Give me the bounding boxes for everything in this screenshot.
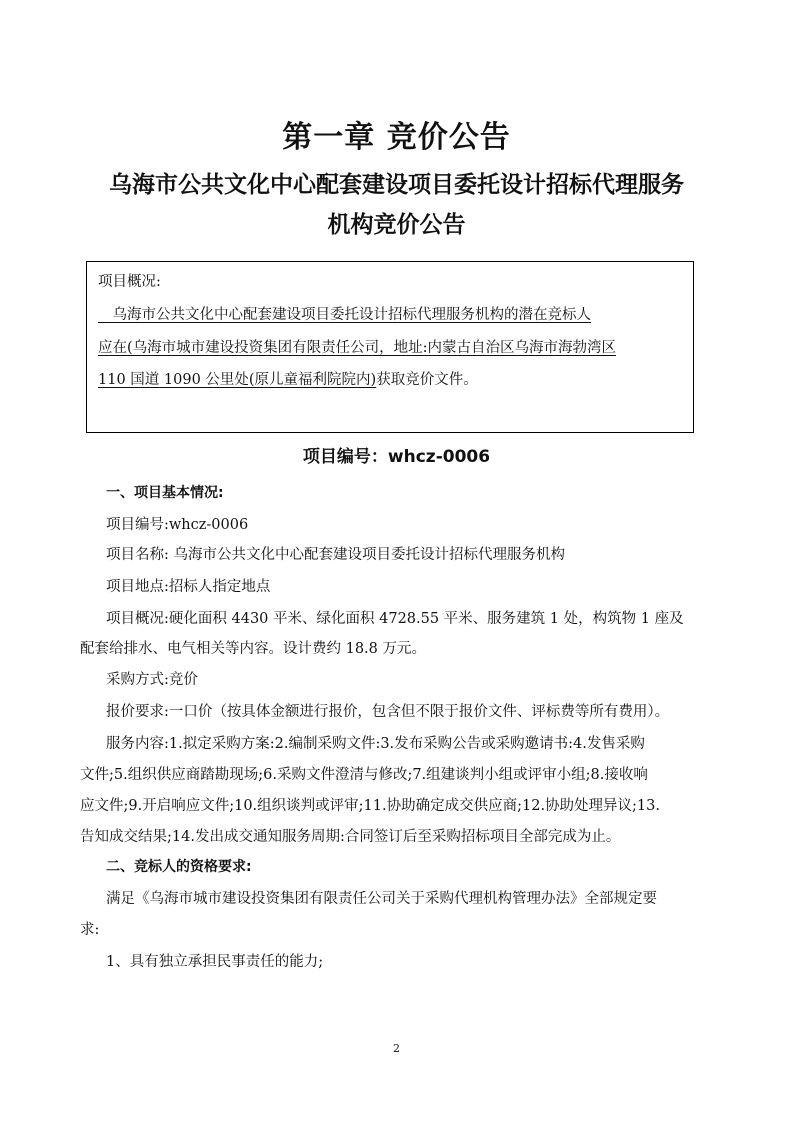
- overview-heading: 项目概况:: [98, 272, 161, 292]
- service-line-1: 服务内容:1.拟定采购方案:2.编制采购文件:3.发布采购公告或采购邀请书:4.…: [106, 734, 645, 754]
- subtitle-line-2: 机构竞价公告: [0, 206, 793, 239]
- project-overview-line-2: 配套给排水、电气相关等内容。设计费约 18.8 万元。: [80, 639, 426, 659]
- overview-line-3-rest: 获取竞价文件。: [376, 372, 478, 388]
- page-number: 2: [0, 1042, 793, 1055]
- chapter-title: 第一章 竞价公告: [0, 112, 793, 156]
- section2-heading: 二、竞标人的资格要求:: [106, 857, 252, 877]
- service-line-4: 告知成交结果;14.发出成交通知服务周期:合同签订后至采购招标项目全部完成为止。: [80, 827, 620, 847]
- qualification-line-2: 求:: [80, 920, 99, 940]
- section1-heading: 一、项目基本情况:: [106, 483, 224, 503]
- project-overview-line-1: 项目概况:硬化面积 4430 平米、绿化面积 4728.55 平米、服务建筑 1…: [106, 609, 684, 629]
- service-line-3: 应文件;9.开启响应文件;10.组织谈判或评审;11.协助确定成交供应商;12.…: [80, 796, 660, 816]
- overview-line-3: 110 国道 1090 公里处(原儿童福利院院内)获取竞价文件。: [98, 370, 478, 390]
- project-name: 项目名称: 乌海市公共文化中心配套建设项目委托设计招标代理服务机构: [106, 545, 565, 565]
- qualification-item-1: 1、具有独立承担民事责任的能力;: [106, 952, 323, 972]
- qualification-line-1: 满足《乌海市城市建设投资集团有限责任公司关于采购代理机构管理办法》全部规定要: [106, 889, 657, 909]
- project-number-heading: 项目编号：whcz-0006: [0, 442, 793, 467]
- overview-line-2: 应在(乌海市城市建设投资集团有限责任公司，地址:内蒙古自治区乌海市海勃湾区: [98, 338, 616, 358]
- project-no: 项目编号:whcz-0006: [106, 515, 248, 535]
- procurement-method: 采购方式:竞价: [106, 670, 198, 690]
- quote-requirement: 报价要求:一口价（按具体金额进行报价，包含但不限于报价文件、评标费等所有费用）。: [106, 702, 669, 722]
- service-line-2: 文件;5.组织供应商踏勘现场;6.采购文件澄清与修改;7.组建谈判小组或评审小组…: [80, 765, 648, 785]
- overview-line-1: 乌海市公共文化中心配套建设项目委托设计招标代理服务机构的潜在竞标人: [98, 305, 591, 325]
- overview-address: 110 国道 1090 公里处(原儿童福利院院内): [98, 372, 376, 388]
- project-location: 项目地点:招标人指定地点: [106, 577, 270, 597]
- subtitle-line-1: 乌海市公共文化中心配套建设项目委托设计招标代理服务: [0, 166, 793, 199]
